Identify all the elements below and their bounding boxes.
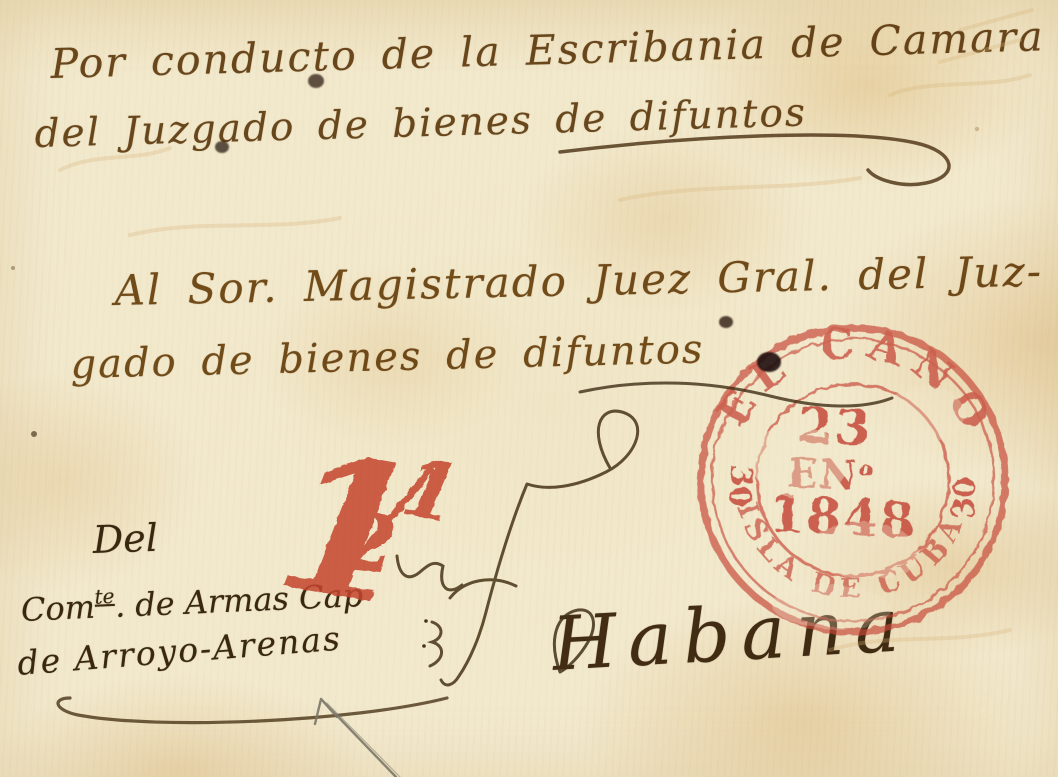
postal-cover-scan: Por conducto de la Escribania de Camara …	[0, 0, 1058, 777]
ink-blob	[215, 141, 229, 153]
speck	[31, 431, 37, 437]
docket-end-flourish	[560, 135, 949, 184]
sender-underline-flourish	[58, 698, 447, 723]
ink-blob	[308, 74, 324, 88]
paper-specks	[11, 127, 979, 437]
speck	[11, 266, 15, 270]
speck	[975, 127, 979, 131]
postmark-right-number: 30	[946, 476, 983, 520]
paraph-dot	[422, 644, 426, 648]
postmark-datestamp: EL CANO ISLA DE CUBA 30 30 23 ENo 1848	[693, 310, 1013, 640]
postmark-month-superscript: o	[858, 456, 876, 483]
ink-overlay: EL CANO ISLA DE CUBA 30 30 23 ENo 1848 1…	[0, 0, 1058, 777]
ink-blob	[719, 316, 733, 328]
ink-blob	[757, 352, 781, 372]
destination-leadin-flourish	[554, 610, 593, 672]
paraph-dot	[424, 619, 428, 623]
rate-mark: 1 1 2	[264, 409, 468, 652]
